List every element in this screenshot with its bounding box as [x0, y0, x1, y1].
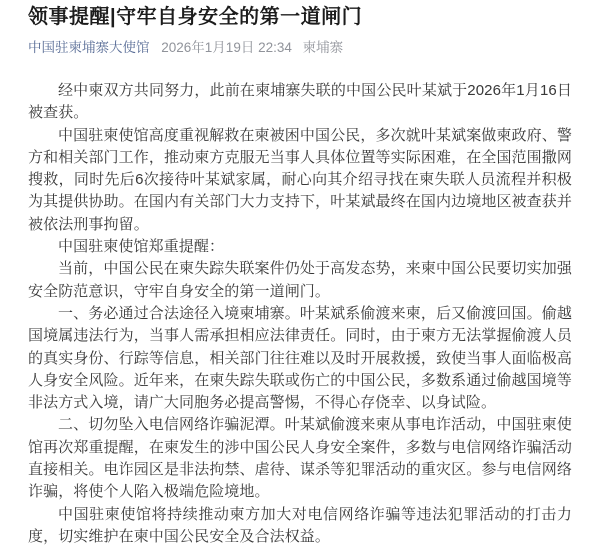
paragraph: 一、务必通过合法途径入境柬埔寨。叶某斌系偷渡来柬，后又偷渡回国。偷越国境属违法行…	[28, 303, 572, 414]
publish-datetime: 2026年1月19日 22:34	[161, 40, 292, 55]
article-title: 领事提醒|守牢自身安全的第一道闸门	[28, 4, 572, 31]
byline: 中国驻柬埔寨大使馆 2026年1月19日 22:34 柬埔寨	[28, 39, 572, 56]
paragraph: 二、切勿坠入电信网络诈骗泥潭。叶某斌偷渡来柬从事电诈活动，中国驻柬使馆再次郑重提…	[28, 414, 572, 503]
article-page: 领事提醒|守牢自身安全的第一道闸门 中国驻柬埔寨大使馆 2026年1月19日 2…	[0, 0, 600, 547]
paragraph: 当前，中国公民在柬失踪失联案件仍处于高发态势，来柬中国公民要切实加强安全防范意识…	[28, 258, 572, 303]
account-name-link[interactable]: 中国驻柬埔寨大使馆	[28, 40, 150, 55]
paragraph: 经中柬双方共同努力，此前在柬埔寨失联的中国公民叶某斌于2026年1月16日被查获…	[28, 80, 572, 125]
paragraph: 中国驻柬使馆将持续推动柬方加大对电信网络诈骗等违法犯罪活动的打击力度，切实维护在…	[28, 504, 572, 547]
publish-location: 柬埔寨	[303, 40, 344, 55]
article-body: 经中柬双方共同努力，此前在柬埔寨失联的中国公民叶某斌于2026年1月16日被查获…	[28, 80, 572, 547]
paragraph: 中国驻柬使馆郑重提醒：	[28, 236, 572, 258]
paragraph: 中国驻柬使馆高度重视解救在柬被困中国公民，多次就叶某斌案做柬政府、警方和相关部门…	[28, 125, 572, 236]
